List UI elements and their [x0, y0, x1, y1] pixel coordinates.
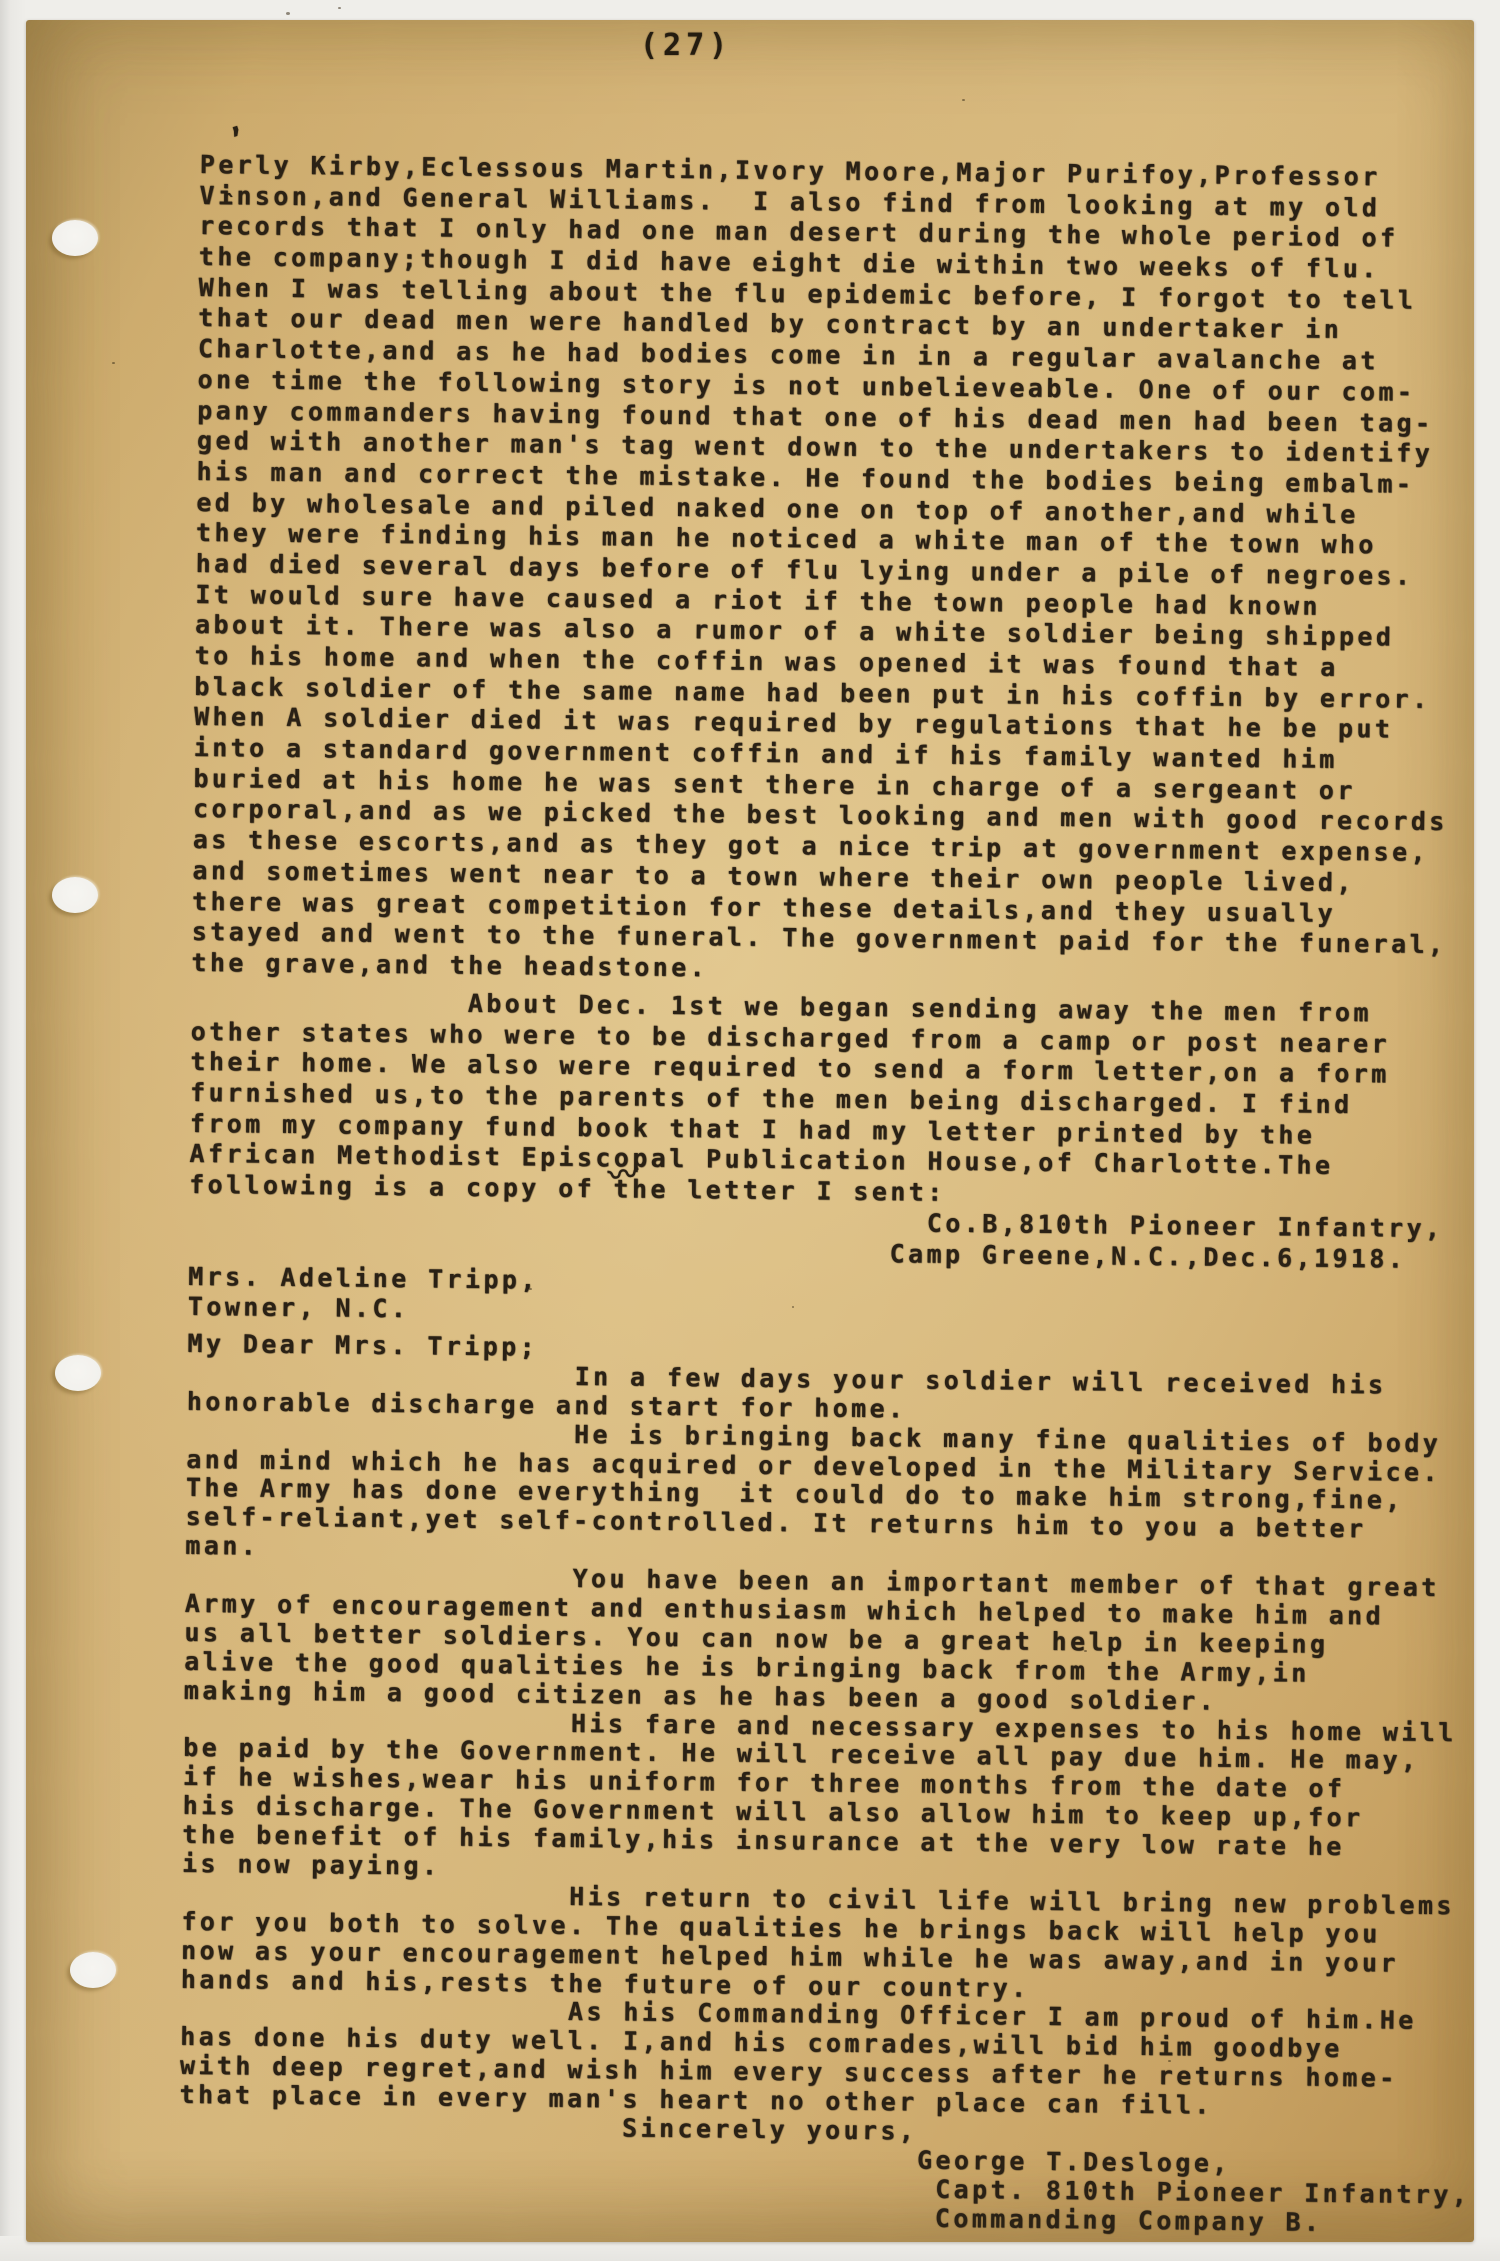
discharge-paragraph: About Dec. 1st we began sending away the…	[188, 986, 1446, 1275]
letter-body: My Dear Mrs. Tripp; In a few days your s…	[178, 1330, 1479, 2239]
dust-speck	[577, 1746, 579, 1748]
typewritten-text-layer: Perly Kirby,Eclessous Martin,Ivory Moore…	[178, 150, 1490, 2253]
punch-hole	[55, 1355, 101, 1391]
dust-speck	[338, 7, 341, 9]
dust-speck	[792, 1306, 794, 1308]
punch-hole	[52, 220, 98, 256]
scanned-document-page: { "page": { "number_label": "(27)" }, "c…	[0, 0, 1500, 2261]
memoir-paragraph: Perly Kirby,Eclessous Martin,Ivory Moore…	[191, 150, 1454, 992]
letter-address: Mrs. Adeline Tripp,Towner, N.C.	[188, 1262, 539, 1326]
text-line: Towner, N.C.	[188, 1292, 539, 1326]
punch-hole	[70, 1952, 116, 1988]
paper-page: (27) Perly Kirby,Eclessous Martin,Ivory …	[26, 20, 1474, 2242]
dust-speck	[529, 1288, 532, 1290]
dust-speck	[112, 362, 115, 364]
dust-speck	[1084, 1650, 1087, 1652]
page-number: (27)	[640, 28, 732, 63]
punch-hole	[52, 877, 98, 913]
dust-speck	[1168, 2060, 1171, 2062]
dust-speck	[286, 12, 290, 15]
dust-speck	[962, 99, 965, 101]
text-line: Mrs. Adeline Tripp,	[188, 1262, 539, 1296]
scanner-bed-left-shade	[0, 0, 26, 2261]
dust-speck	[396, 1090, 398, 1092]
